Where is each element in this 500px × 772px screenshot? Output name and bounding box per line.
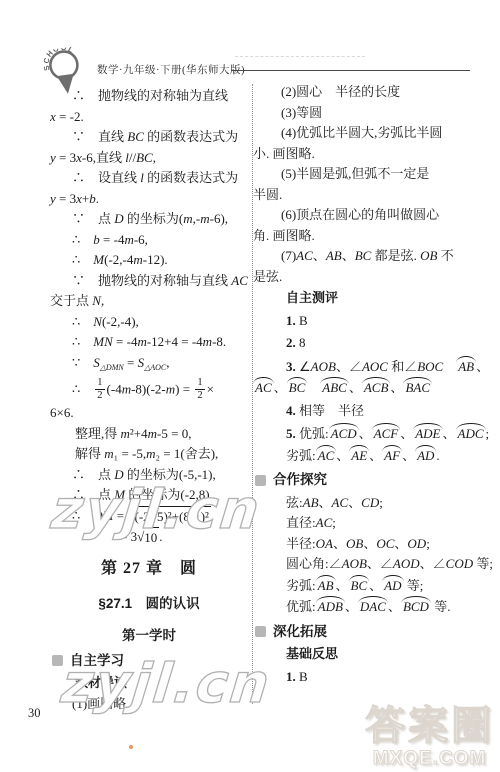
text-line: 基础反思 <box>253 644 493 665</box>
logo-text: SCHOOL <box>40 45 79 71</box>
text-line: ∴ DM = √(-2+5)²+(8-1)² <box>50 506 248 528</box>
section-title: 深化拓展 <box>273 622 327 643</box>
text-line: 角. 画图略. <box>253 226 493 247</box>
text-line: 3. ∠AOB、∠AOC 和∠BOC AB、 <box>253 356 493 378</box>
text-line: (5)半圆是弧,但弧不一定是 <box>253 164 493 185</box>
header-rule <box>231 70 470 71</box>
left-column: ∴ 抛物线的对称轴为直线x = -2.∵ 直线 BC 的函数表达式为y = 3x… <box>50 80 248 714</box>
answer-site-url: MXQE.COM <box>365 748 494 770</box>
text-line: y = 3x+b. <box>50 189 248 210</box>
text-line: 1. B <box>253 311 493 332</box>
arc-notation: AC <box>316 445 337 462</box>
text-line: 1. B <box>253 667 493 688</box>
text-line: AC、BC ABC、ACB、BAC <box>253 377 493 399</box>
text-line: 6×6. <box>50 403 248 424</box>
text-line: 5. 优弧:ACD、ACF、ADE、ADC; <box>253 423 493 445</box>
section-heading: 合作探究 <box>253 470 493 491</box>
text-line: 交于点 N, <box>50 291 248 312</box>
text-line: 半圆. <box>253 185 493 206</box>
arc-notation: AF <box>382 445 402 462</box>
text-line: 教材导读 <box>50 673 248 694</box>
text-line: ∴ M(-2,-4m-12). <box>50 250 248 271</box>
arc-notation: ADB <box>316 596 345 613</box>
answer-site-watermark: 答案圈 MXQE.COM <box>365 704 494 770</box>
text-line: ∴ 抛物线的对称轴为直线 <box>50 86 248 107</box>
text-line: 小. 画图略. <box>253 144 493 165</box>
section-title: 合作探究 <box>273 470 327 491</box>
text-line: (1)画图略. <box>50 694 248 715</box>
text-line: 4. 相等 半径 <box>253 401 493 422</box>
text-line: ∵ S△DMN = S△AOC, <box>50 353 248 379</box>
text-line: 劣弧:AC、AE、AF、AD. <box>253 445 493 467</box>
text-line: 直径:AC; <box>253 513 493 534</box>
fraction: 12 <box>195 377 204 402</box>
text-line: = 3√10. <box>50 527 248 549</box>
arc-notation: AC <box>253 377 274 394</box>
section-bullet-icon <box>52 655 63 666</box>
text-line: ∵ 直线 BC 的函数表达式为 <box>50 127 248 148</box>
text-line: 圆心角:∠AOB、∠AOD、∠COD 等; <box>253 554 493 575</box>
page-number: 30 <box>28 706 41 721</box>
square-root: √10 <box>137 527 159 549</box>
text-line: ∵ 抛物线的对称轴与直线 AC <box>50 271 248 292</box>
text-line: x = -2. <box>50 107 248 128</box>
arc-notation: DAC <box>358 596 388 613</box>
arc-notation: ADC <box>456 423 486 440</box>
text-line: 第一学时 <box>50 626 248 647</box>
arc-notation: ACF <box>372 423 401 440</box>
arc-notation: BC <box>349 575 370 592</box>
text-line: (3)等圆 <box>253 103 493 124</box>
arc-notation: AB <box>316 575 336 592</box>
arc-notation: BAC <box>403 377 432 394</box>
text-line: 半径:OA、OB、OC、OD; <box>253 534 493 555</box>
text-line: 解得 m₁ = -5,m₂ = 1(舍去), <box>50 444 248 465</box>
text-line: ∴ MN = -4m-12+4 = -4m-8. <box>50 332 248 353</box>
text-line: §27.1 圆的认识 <box>50 594 248 615</box>
fraction: 12 <box>95 377 104 402</box>
arc-notation: BC <box>287 377 308 394</box>
text-line: ∴ 点 D 的坐标为(-5,-1), <box>50 465 248 486</box>
section-title: 自主学习 <box>70 651 124 672</box>
arc-notation: BCD <box>401 596 431 613</box>
arc-notation: AD <box>382 575 403 592</box>
section-heading: 深化拓展 <box>253 622 493 643</box>
text-line: (2)圆心 半径的长度 <box>253 82 493 103</box>
arc-notation: ABC <box>320 377 349 394</box>
text-line: 优弧:ADB、DAC、BCD 等. <box>253 596 493 618</box>
right-column: (2)圆心 半径的长度(3)等圆(4)优弧比半圆大,劣弧比半圆小. 画图略.(5… <box>253 80 493 687</box>
arc-notation: ACB <box>362 377 391 394</box>
text-line: (6)顶点在圆心的角叫做圆心 <box>253 205 493 226</box>
arc-notation: AE <box>349 445 369 462</box>
scan-artifact-line <box>235 56 365 57</box>
text-line: 2. 8 <box>253 333 493 354</box>
text-line: ∴ N(-2,-4), <box>50 312 248 333</box>
text-line: (4)优弧比半圆大,劣弧比半圆 <box>253 123 493 144</box>
section-bullet-icon <box>255 475 266 486</box>
section-heading: 自主学习 <box>50 651 248 672</box>
text-line: 是弦. <box>253 267 493 288</box>
arc-notation: AD <box>415 445 436 462</box>
section-bullet-icon <box>255 626 266 637</box>
text-line: 弦:AB、AC、CD; <box>253 493 493 514</box>
text-line: ∴ b = -4m-6, <box>50 230 248 251</box>
textbook-page: SCHOOL 数学·九年级·下册(华东师大版) ∴ 抛物线的对称轴为直线x = … <box>0 0 500 772</box>
text-line: 第 27 章 圆 <box>50 558 248 580</box>
answer-site-logo-text: 答案圈 <box>365 704 494 748</box>
text-line: 劣弧:AB、BC、AD 等; <box>253 575 493 597</box>
arc-notation: AB <box>456 356 476 373</box>
square-root: √(-2+5)²+(8-1)² <box>127 506 211 528</box>
text-line: ∴ 点 M 的坐标为(-2,8), <box>50 485 248 506</box>
text-line: ∴ 设直线 l 的函数表达式为 <box>50 168 248 189</box>
text-line: y = 3x-6,直线 l//BC, <box>50 148 248 169</box>
text-line: (7)AC、AB、BC 都是弦. OB 不 <box>253 246 493 267</box>
scan-dot-icon <box>129 745 133 749</box>
svg-text:SCHOOL: SCHOOL <box>40 45 79 71</box>
arc-notation: ADE <box>413 423 442 440</box>
text-line: 整理,得 m²+4m-5 = 0, <box>50 424 248 445</box>
text-line: ∴ 12(-4m-8)(-2-m) = 12× <box>50 378 248 403</box>
text-line: 自主测评 <box>253 288 493 309</box>
header-title: 数学·九年级·下册(华东师大版) <box>97 62 245 77</box>
text-line: ∵ 点 D 的坐标为(m,-m-6), <box>50 209 248 230</box>
arc-notation: ACD <box>329 423 359 440</box>
